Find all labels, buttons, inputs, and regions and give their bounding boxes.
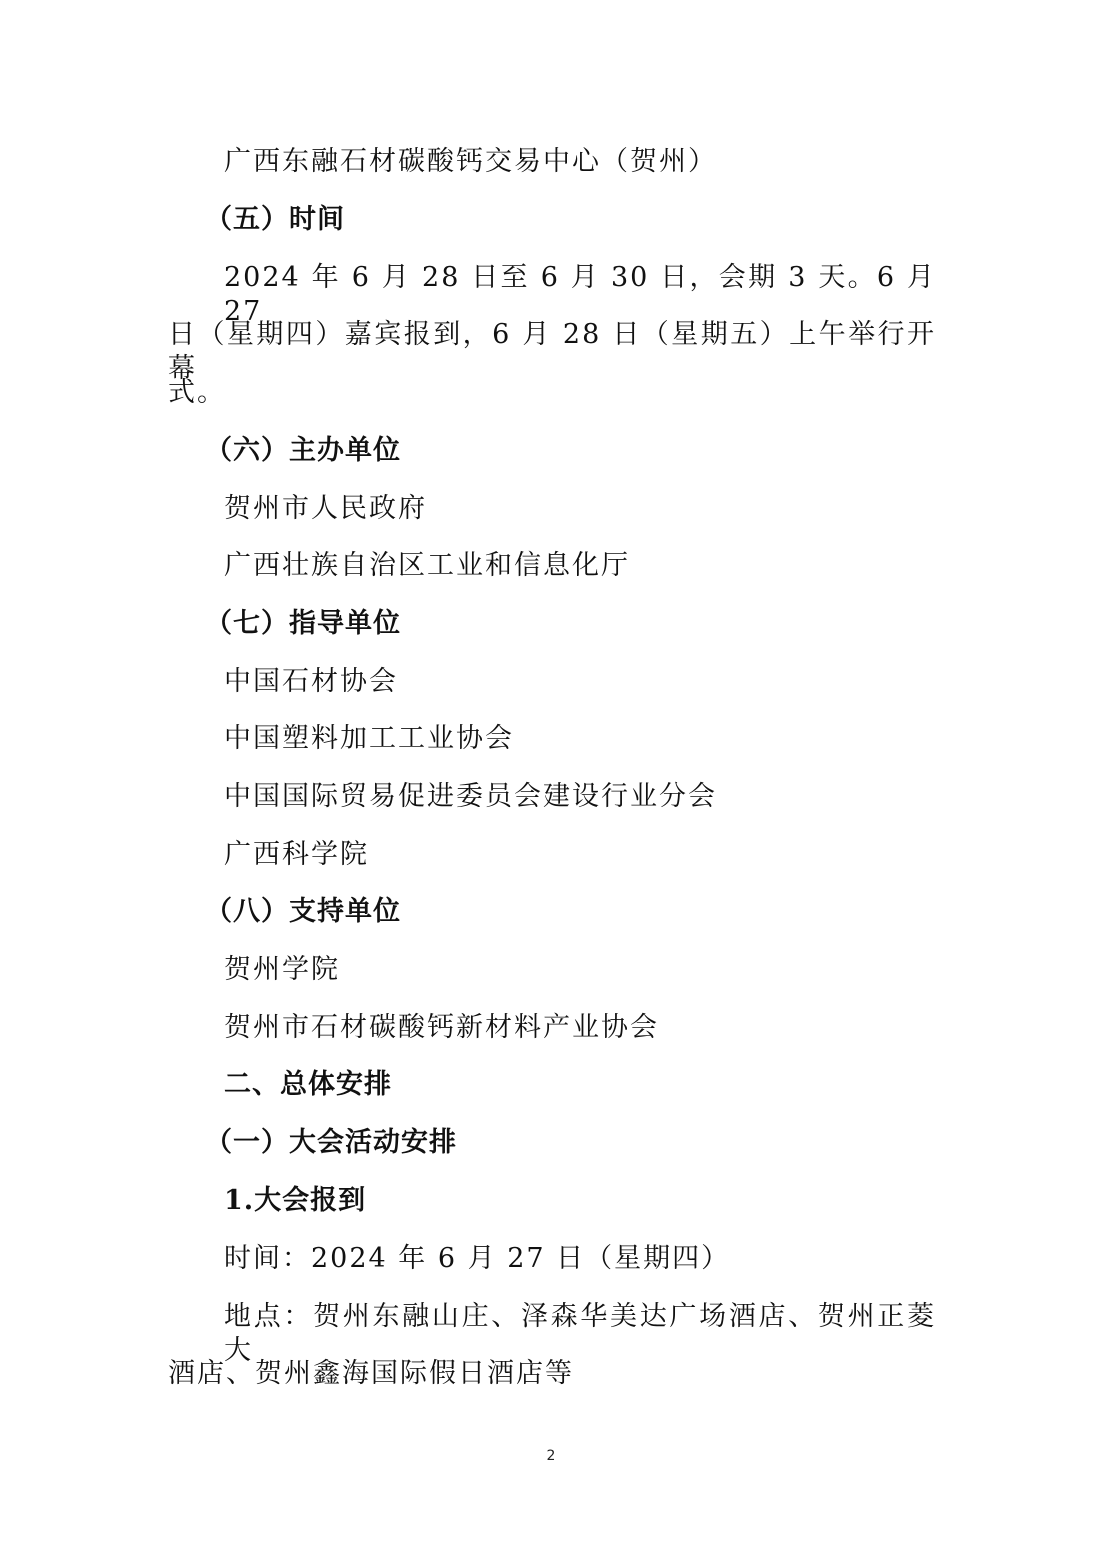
- support-unit-item: 贺州学院: [224, 953, 994, 987]
- guidance-unit-item: 中国塑料加工工业协会: [224, 722, 994, 756]
- host-unit-item: 贺州市人民政府: [224, 492, 994, 526]
- registration-place-line-2: 酒店、贺州鑫海国际假日酒店等: [168, 1357, 938, 1391]
- registration-time: 时间：2024 年 6 月 27 日（星期四）: [224, 1242, 994, 1276]
- guidance-unit-item: 中国国际贸易促进委员会建设行业分会: [224, 780, 994, 814]
- time-paragraph-line-3: 式。: [168, 376, 938, 410]
- guidance-unit-item: 中国石材协会: [224, 665, 994, 699]
- heading-time: （五）时间: [205, 203, 975, 237]
- heading-host-units: （六）主办单位: [205, 434, 975, 468]
- guidance-unit-item: 广西科学院: [224, 838, 994, 872]
- item-heading-registration: 1.大会报到: [224, 1184, 994, 1218]
- venue-line: 广西东融石材碳酸钙交易中心（贺州）: [224, 145, 994, 179]
- section-heading-overall-arrangement: 二、总体安排: [224, 1068, 994, 1102]
- host-unit-item: 广西壮族自治区工业和信息化厅: [224, 549, 994, 583]
- subheading-conference-activities: （一）大会活动安排: [205, 1126, 975, 1160]
- page-number: 2: [0, 1448, 1102, 1464]
- heading-guidance-units: （七）指导单位: [205, 607, 975, 641]
- document-page: 广西东融石材碳酸钙交易中心（贺州） （五）时间 2024 年 6 月 28 日至…: [0, 0, 1102, 1559]
- support-unit-item: 贺州市石材碳酸钙新材料产业协会: [224, 1011, 994, 1045]
- heading-support-units: （八）支持单位: [205, 895, 975, 929]
